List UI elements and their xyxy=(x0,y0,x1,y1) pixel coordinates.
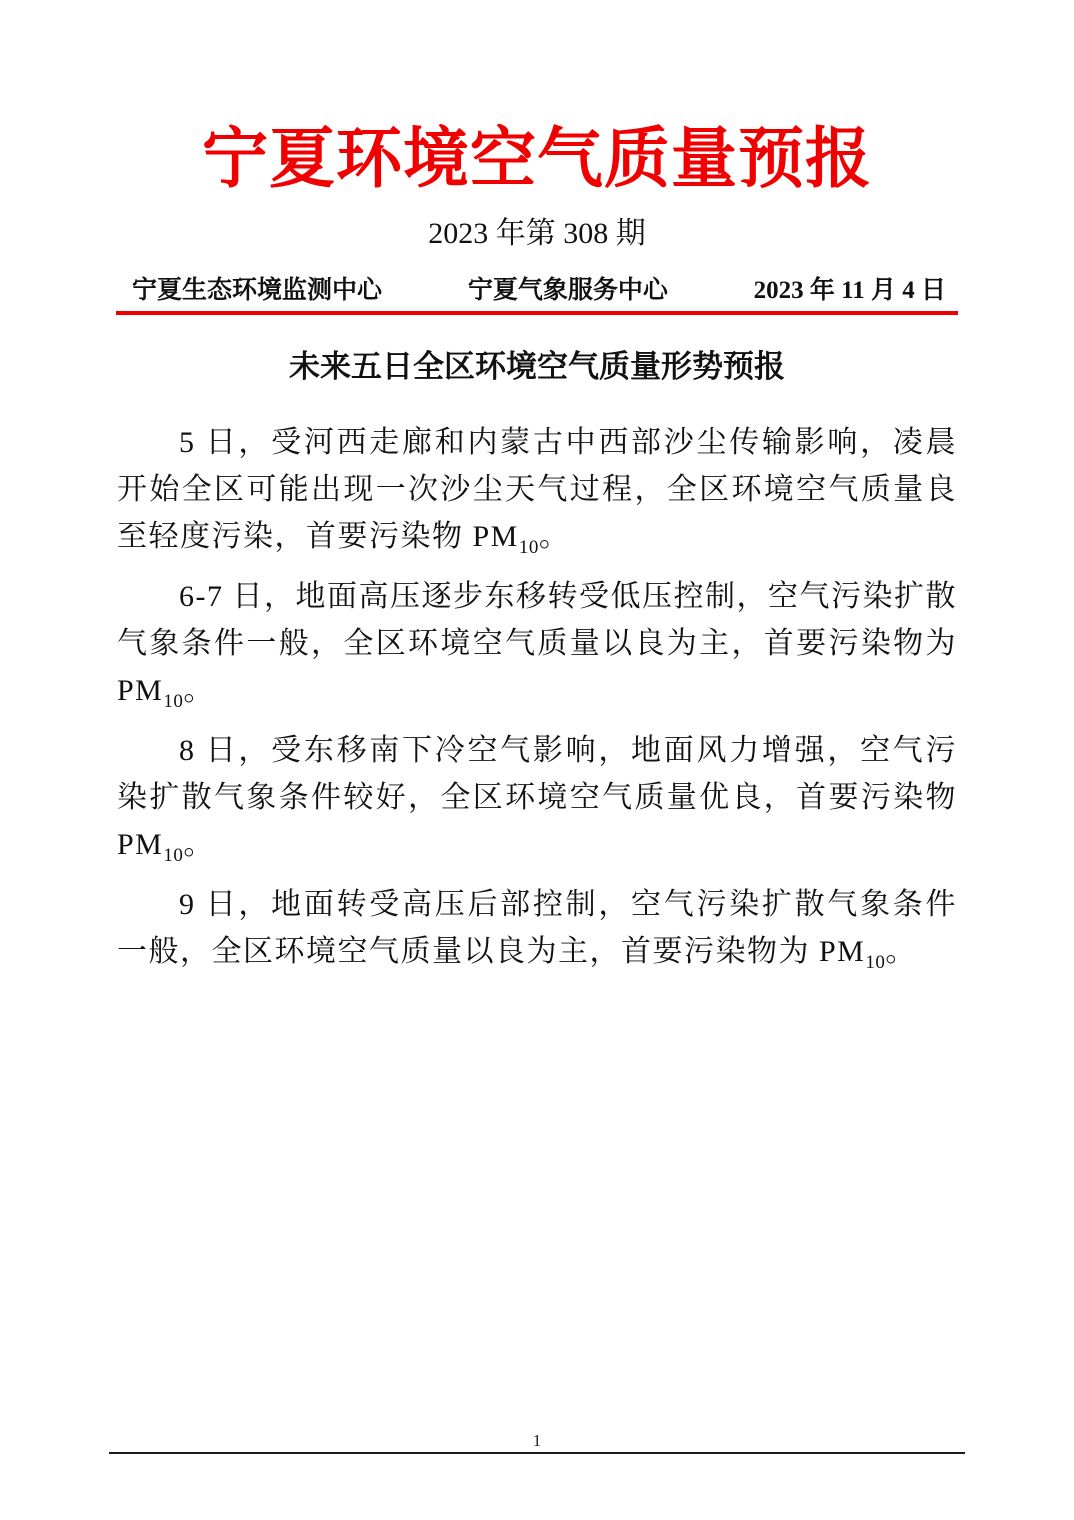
document-title: 宁夏环境空气质量预报 xyxy=(0,0,1074,204)
pm10-subscript: 10 xyxy=(865,952,885,973)
org-monitoring-center: 宁夏生态环境监测中心 xyxy=(132,276,382,306)
page-number: 1 xyxy=(0,1430,1074,1452)
issue-date: 2023 年 11 月 4 日 xyxy=(754,276,946,306)
pm10-subscript: 10 xyxy=(519,537,539,558)
paragraph-text: 9 日，地面转受高压后部控制，空气污染扩散气象条件一般，全区环境空气质量以良为主… xyxy=(117,888,957,968)
paragraph-text: 。 xyxy=(539,520,571,553)
forecast-paragraph: 8 日，受东移南下冷空气影响，地面风力增强，空气污染扩散气象条件较好，全区环境空… xyxy=(117,727,957,868)
org-meteorological-center: 宁夏气象服务中心 xyxy=(468,276,668,306)
paragraph-text: 。 xyxy=(183,674,215,707)
issue-number: 2023 年第 308 期 xyxy=(0,214,1074,254)
forecast-paragraph: 9 日，地面转受高压后部控制，空气污染扩散气象条件一般，全区环境空气质量以良为主… xyxy=(117,881,957,975)
forecast-paragraph: 6-7 日，地面高压逐步东移转受低压控制，空气污染扩散气象条件一般，全区环境空气… xyxy=(117,573,957,714)
document-page: 宁夏环境空气质量预报 2023 年第 308 期 宁夏生态环境监测中心 宁夏气象… xyxy=(0,0,1074,1520)
paragraph-text: 。 xyxy=(885,935,917,968)
page-footer: 1 xyxy=(0,1430,1074,1454)
paragraph-text: 5 日，受河西走廊和内蒙古中西部沙尘传输影响，凌晨开始全区可能出现一次沙尘天气过… xyxy=(117,426,957,553)
paragraph-text: 8 日，受东移南下冷空气影响，地面风力增强，空气污染扩散气象条件较好，全区环境空… xyxy=(117,734,957,861)
paragraph-text: 6-7 日，地面高压逐步东移转受低压控制，空气污染扩散气象条件一般，全区环境空气… xyxy=(117,580,957,707)
header-divider xyxy=(116,311,958,315)
pm10-subscript: 10 xyxy=(163,691,183,712)
section-title: 未来五日全区环境空气质量形势预报 xyxy=(0,345,1074,389)
paragraph-text: 。 xyxy=(183,828,215,861)
forecast-paragraph: 5 日，受河西走廊和内蒙古中西部沙尘传输影响，凌晨开始全区可能出现一次沙尘天气过… xyxy=(117,419,957,560)
footer-divider xyxy=(109,1452,965,1454)
pm10-subscript: 10 xyxy=(163,845,183,866)
forecast-paragraphs: 5 日，受河西走廊和内蒙古中西部沙尘传输影响，凌晨开始全区可能出现一次沙尘天气过… xyxy=(117,419,957,975)
header-row: 宁夏生态环境监测中心 宁夏气象服务中心 2023 年 11 月 4 日 xyxy=(116,276,958,306)
